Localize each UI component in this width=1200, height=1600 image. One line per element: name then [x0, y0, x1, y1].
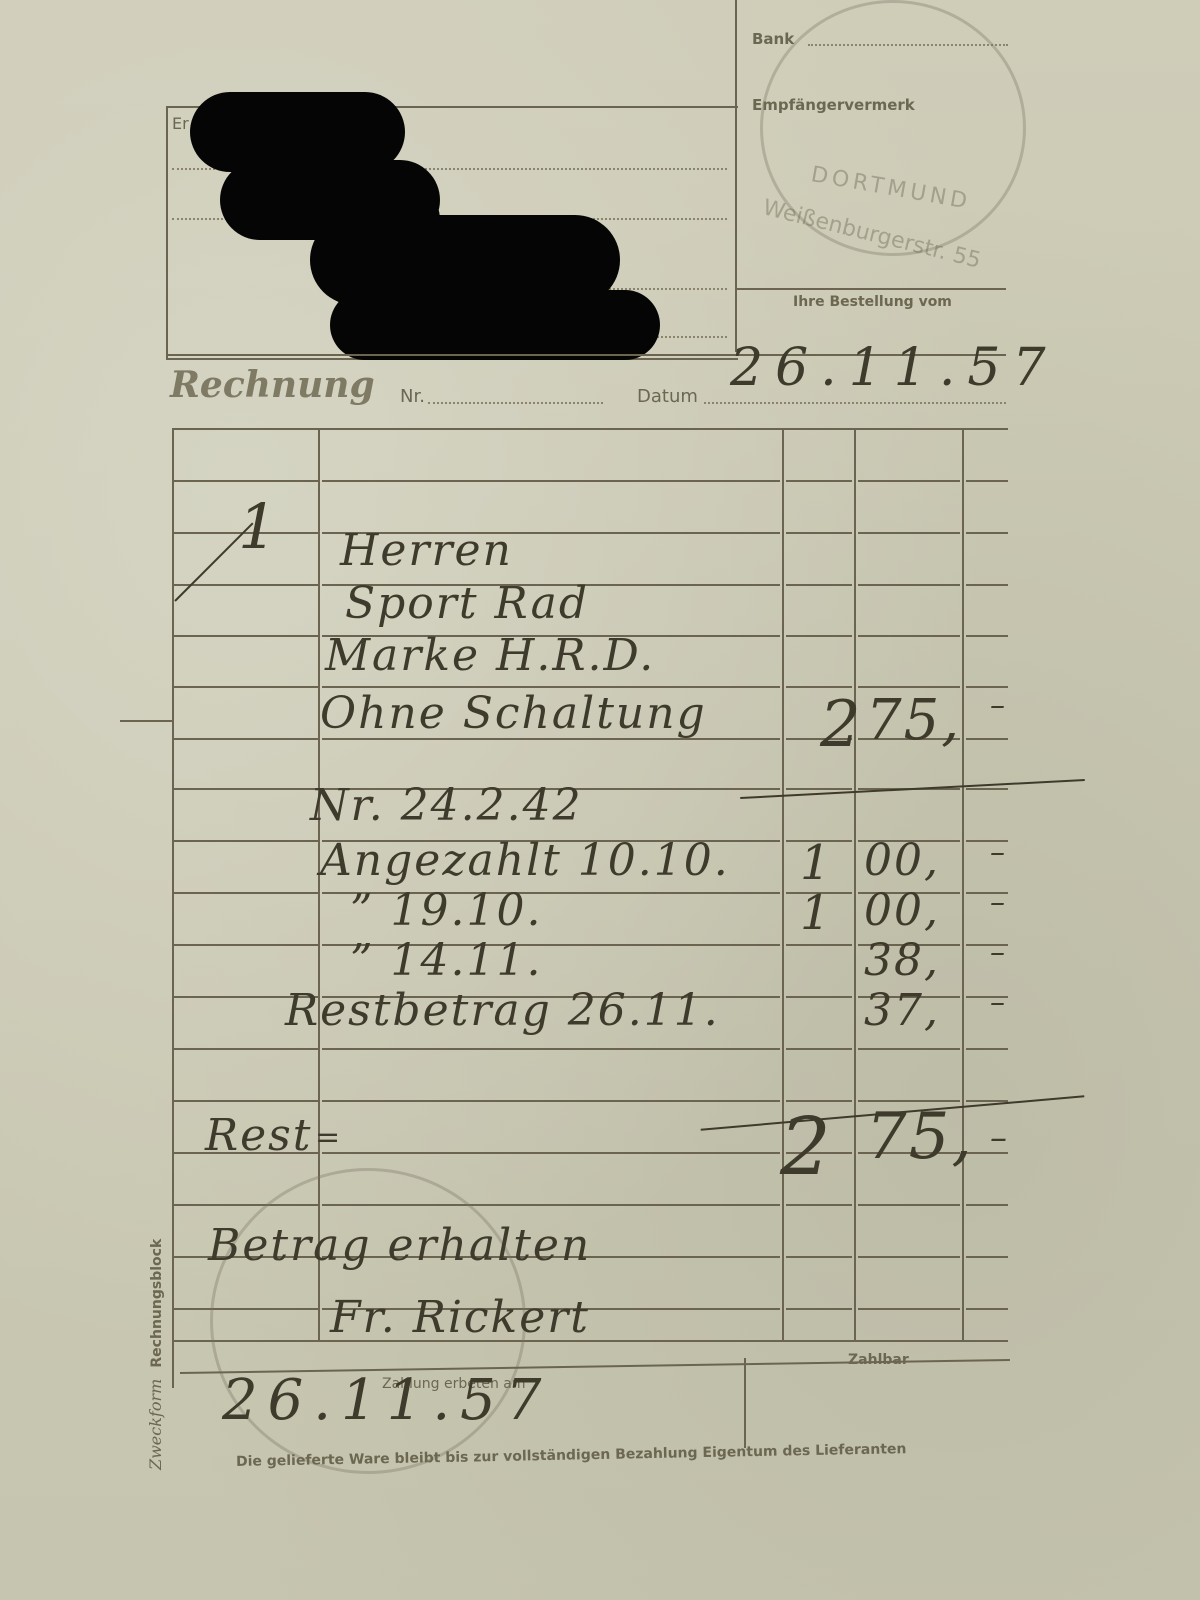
item-amount-units: 38, [864, 935, 940, 986]
item-amount-hundreds: 1 [800, 885, 833, 941]
item-amount-units: 37, [864, 985, 940, 1036]
payable-label: Zahlbar [848, 1352, 909, 1368]
total-equals: = [315, 1120, 342, 1155]
table-row-rule [966, 480, 1008, 482]
item-description: Nr. 24.2.42 [310, 780, 583, 831]
table-row-rule [786, 584, 852, 586]
item-amount-cents: – [990, 985, 1007, 1020]
item-description: ” 14.11. [350, 935, 542, 986]
table-row-rule [172, 738, 318, 740]
table-row-rule [172, 686, 318, 688]
item-amount-units: 75, [866, 688, 961, 753]
table-row-rule [966, 1204, 1008, 1206]
table-row-rule [172, 1100, 318, 1102]
header-divider [735, 0, 737, 352]
table-row-rule [172, 892, 318, 894]
left-tick [120, 720, 172, 722]
invoice-date-label: Datum [637, 386, 698, 407]
table-row-rule [786, 1308, 852, 1310]
item-quantity: 1 [238, 490, 279, 563]
table-row-rule [172, 635, 318, 637]
table-row-rule [966, 788, 1008, 790]
item-amount-cents: – [990, 935, 1007, 970]
receipt-text: Betrag erhalten [208, 1220, 591, 1271]
table-col-rule [854, 428, 856, 1342]
invoice-number-field[interactable] [428, 402, 603, 404]
table-row-rule [858, 584, 960, 586]
table-row-rule [966, 1256, 1008, 1258]
table-row-rule [786, 480, 852, 482]
table-col-rule [172, 428, 174, 1388]
item-description: Herren [340, 525, 513, 576]
invoice-date-field[interactable] [704, 402, 1006, 404]
total-label: Rest [205, 1110, 312, 1161]
order-label: Ihre Bestellung vom [793, 294, 952, 310]
item-amount-cents: – [990, 835, 1007, 870]
table-top-rule [172, 428, 1008, 430]
order-divider [736, 288, 1006, 290]
table-row-rule [966, 1048, 1008, 1050]
table-row-rule [172, 840, 318, 842]
table-row-rule [322, 1152, 780, 1154]
table-row-rule [322, 1048, 780, 1050]
item-amount-cents: – [990, 885, 1007, 920]
table-row-rule [786, 944, 852, 946]
item-description: Sport Rad [345, 578, 589, 629]
item-description: ” 19.10. [350, 885, 542, 936]
table-row-rule [786, 532, 852, 534]
table-row-rule [786, 1204, 852, 1206]
table-row-rule [786, 788, 852, 790]
table-row-rule [172, 1048, 318, 1050]
addressee-label: Er [172, 114, 189, 133]
total-amount-a: 2 [780, 1100, 833, 1193]
table-row-rule [786, 1256, 852, 1258]
total-amount-b: 75, [866, 1100, 974, 1174]
table-row-rule [172, 480, 318, 482]
table-row-rule [172, 584, 318, 586]
item-description: Marke H.R.D. [325, 630, 655, 681]
item-amount-units: 00, [864, 885, 940, 936]
table-row-rule [858, 1256, 960, 1258]
table-row-rule [858, 635, 960, 637]
side-label-text: Rechnungsblock [149, 1239, 165, 1368]
item-description: Restbetrag 26.11. [285, 985, 720, 1036]
side-label-script: Zweckform [146, 1379, 165, 1470]
table-row-rule [858, 532, 960, 534]
table-row-rule [966, 584, 1008, 586]
payment-requested-value: 26.11.57 [222, 1368, 551, 1433]
invoice-number-label: Nr. [400, 386, 425, 407]
table-row-rule [786, 1048, 852, 1050]
table-row-rule [858, 1048, 960, 1050]
table-row-rule [966, 635, 1008, 637]
receipt-signature: Fr. Rickert [330, 1292, 590, 1343]
invoice-title: Rechnung [170, 364, 375, 406]
table-row-rule [966, 738, 1008, 740]
table-row-rule [786, 996, 852, 998]
item-amount-units: 00, [864, 835, 940, 886]
table-row-rule [172, 788, 318, 790]
side-label: Zweckform Rechnungsblock [146, 1239, 165, 1470]
item-amount-hundreds: 1 [800, 835, 833, 891]
table-row-rule [322, 480, 780, 482]
footer-divider [744, 1358, 746, 1448]
table-row-rule [858, 480, 960, 482]
item-amount-hundreds: 2 [820, 688, 863, 762]
table-row-rule [966, 1308, 1008, 1310]
item-description: Ohne Schaltung [320, 688, 707, 739]
table-row-rule [322, 1100, 780, 1102]
table-row-rule [172, 944, 318, 946]
table-row-rule [786, 635, 852, 637]
item-amount-cents: – [990, 688, 1007, 723]
total-amount-dash: – [990, 1118, 1009, 1158]
table-row-rule [858, 1204, 960, 1206]
table-row-rule [858, 1308, 960, 1310]
item-description: Angezahlt 10.10. [320, 835, 730, 886]
bank-label: Bank [752, 30, 794, 48]
table-col-rule [782, 428, 784, 1342]
redaction [330, 290, 660, 360]
invoice-date-value: 26.11.57 [730, 338, 1058, 398]
table-col-rule [962, 428, 964, 1342]
table-row-rule [966, 532, 1008, 534]
